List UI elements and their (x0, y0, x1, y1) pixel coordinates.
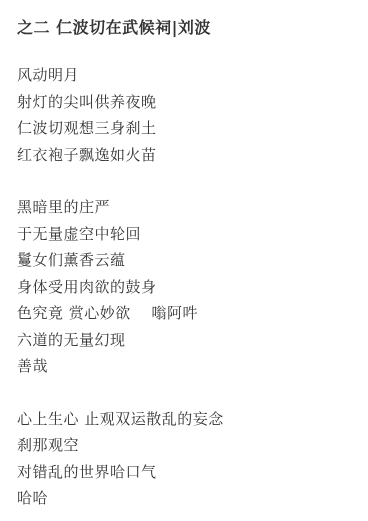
poem-line: 红衣袍子飘逸如火苗 (17, 142, 356, 169)
poem-line: 射灯的尖叫供养夜晚 (17, 89, 356, 116)
poem-line: 对错乱的世界哈口气 (17, 459, 356, 486)
poem-stanza-3: 心上生心 止观双运散乱的妄念 刹那观空 对错乱的世界哈口气 哈哈 (17, 406, 356, 512)
poem-line: 于无量虚空中轮回 (17, 221, 356, 248)
poem-line: 心上生心 止观双运散乱的妄念 (17, 406, 356, 433)
poem-line: 刹那观空 (17, 432, 356, 459)
poem-line: 黑暗里的庄严 (17, 194, 356, 221)
poem-line: 哈哈 (17, 485, 356, 512)
poem-stanza-1: 风动明月 射灯的尖叫供养夜晚 仁波切观想三身刹土 红衣袍子飘逸如火苗 (17, 62, 356, 168)
poem-line: 鬘女们薰香云蕴 (17, 247, 356, 274)
poem-line: 善哉 (17, 353, 356, 380)
poem-line: 仁波切观想三身刹土 (17, 115, 356, 142)
poem-stanza-2: 黑暗里的庄严 于无量虚空中轮回 鬘女们薰香云蕴 身体受用肉欲的鼓身 色究竟 赏心… (17, 194, 356, 380)
poem-title: 之二 仁波切在武候祠|刘波 (17, 18, 356, 38)
poem-page: 之二 仁波切在武候祠|刘波 风动明月 射灯的尖叫供养夜晚 仁波切观想三身刹土 红… (0, 0, 368, 521)
poem-line: 风动明月 (17, 62, 356, 89)
poem-line: 色究竟 赏心妙欲 嗡阿吽 (17, 300, 356, 327)
poem-line: 六道的无量幻现 (17, 327, 356, 354)
poem-line: 身体受用肉欲的鼓身 (17, 274, 356, 301)
